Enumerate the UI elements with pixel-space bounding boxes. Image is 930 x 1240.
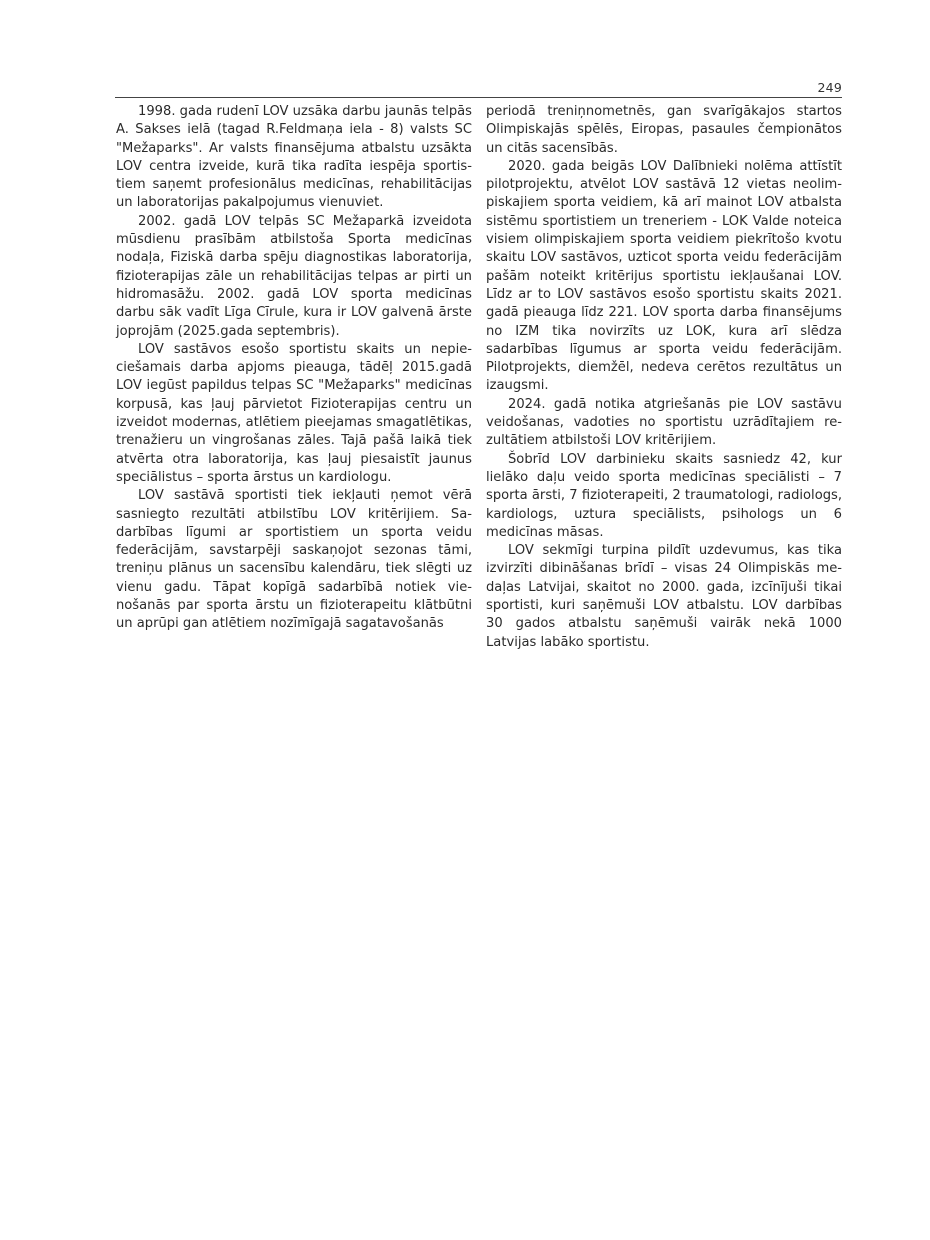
- left-column: 1998. gada rudenī LOV uzsāka darbu jaunā…: [116, 103, 472, 634]
- paragraph-1998-premises: 1998. gada rudenī LOV uzsāka darbu jaunā…: [116, 103, 472, 213]
- paragraph-2002-sports-medicine: 2002. gadā LOV telpās SC Mežaparkā izvei…: [116, 213, 472, 341]
- header-divider: [115, 97, 842, 98]
- paragraph-achievements: LOV sekmīgi turpina pildīt uzdevumus, ka…: [486, 542, 842, 652]
- paragraph-continuation: periodā treniņnometnēs, gan svarīgākajos…: [486, 103, 842, 158]
- page-number: 249: [818, 80, 842, 95]
- paragraph-2024-return: 2024. gadā notika atgriešanās pie LOV sa…: [486, 396, 842, 451]
- paragraph-staff-count: Šobrīd LOV darbinieku skaits sasniedz 42…: [486, 451, 842, 542]
- right-column: periodā treniņnometnēs, gan svarīgākajos…: [486, 103, 842, 652]
- paragraph-athlete-inclusion: LOV sastāvā sportisti tiek iekļauti ņemo…: [116, 487, 472, 633]
- paragraph-2020-pilot-project: 2020. gada beigās LOV Dalībnieki nolēma …: [486, 158, 842, 396]
- paragraph-2015-expansion: LOV sastāvos esošo sportistu skaits un n…: [116, 341, 472, 487]
